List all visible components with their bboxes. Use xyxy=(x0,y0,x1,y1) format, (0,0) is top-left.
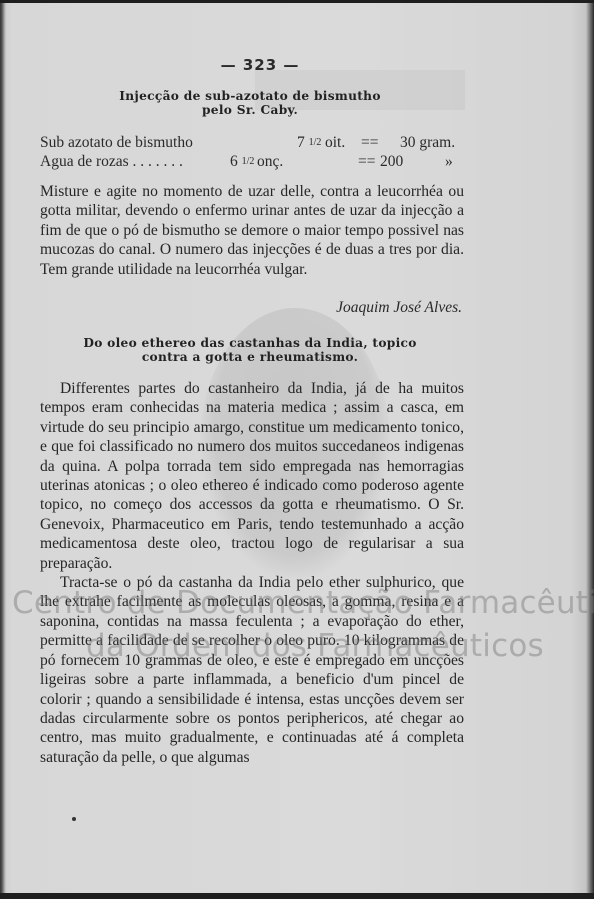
recipe-metric: 200 xyxy=(380,152,403,171)
watermark-line2: da Ordem dos Farmacêuticos xyxy=(86,628,544,664)
recipe-equals: == xyxy=(361,133,378,152)
section1-title-line1: Injecção de sub-azotato de bismutho xyxy=(36,89,464,103)
page-binding-edge xyxy=(0,3,6,893)
section2-title-line2: contra a gotta e rheumatismo. xyxy=(36,350,464,364)
recipe-row: Sub azotato de bismutho 7 1/2 oit. == 30… xyxy=(40,133,464,152)
watermark-line1: Centro de Documentação Farmacêutica xyxy=(12,585,594,621)
recipe-metric-unit: » xyxy=(445,152,453,171)
recipe-row: Agua de rozas . . . . . . . 6 1/2 onç. =… xyxy=(40,152,464,171)
recipe-ingredient: Agua de rozas . . . . . . . xyxy=(40,152,183,171)
scanned-book-page: — 323 — Injecção de sub-azotato de bismu… xyxy=(0,0,594,899)
section2-title-line1: Do oleo ethereo das castanhas da India, … xyxy=(36,336,464,350)
section1-body: Misture e agite no momento de uzar delle… xyxy=(40,182,464,279)
section2-body: Differentes partes do castanheiro da Ind… xyxy=(40,379,464,767)
recipe-unit: onç. xyxy=(257,152,283,171)
recipe-equals: == xyxy=(358,152,375,171)
recipe-quantity: 7 1/2 xyxy=(297,133,321,152)
section2-title: Do oleo ethereo das castanhas da India, … xyxy=(36,336,464,364)
recipe-ingredient: Sub azotato de bismutho xyxy=(40,133,193,152)
recipe-metric: 30 gram. xyxy=(400,133,455,152)
recipe-unit: oit. xyxy=(325,133,345,152)
page-number: — 323 — xyxy=(0,56,520,74)
page-outer-edge xyxy=(586,3,594,893)
section1-title-line2: pelo Sr. Caby. xyxy=(36,103,464,117)
recipe-quantity: 6 1/2 xyxy=(230,152,254,171)
recipe-table: Sub azotato de bismutho 7 1/2 oit. == 30… xyxy=(40,133,464,171)
section1-title: Injecção de sub-azotato de bismutho pelo… xyxy=(36,89,464,117)
section2-paragraph-1: Differentes partes do castanheiro da Ind… xyxy=(40,379,464,573)
ink-speck xyxy=(72,817,76,821)
author-signature: Joaquim José Alves. xyxy=(336,299,462,317)
section1-paragraph: Misture e agite no momento de uzar delle… xyxy=(40,182,464,279)
